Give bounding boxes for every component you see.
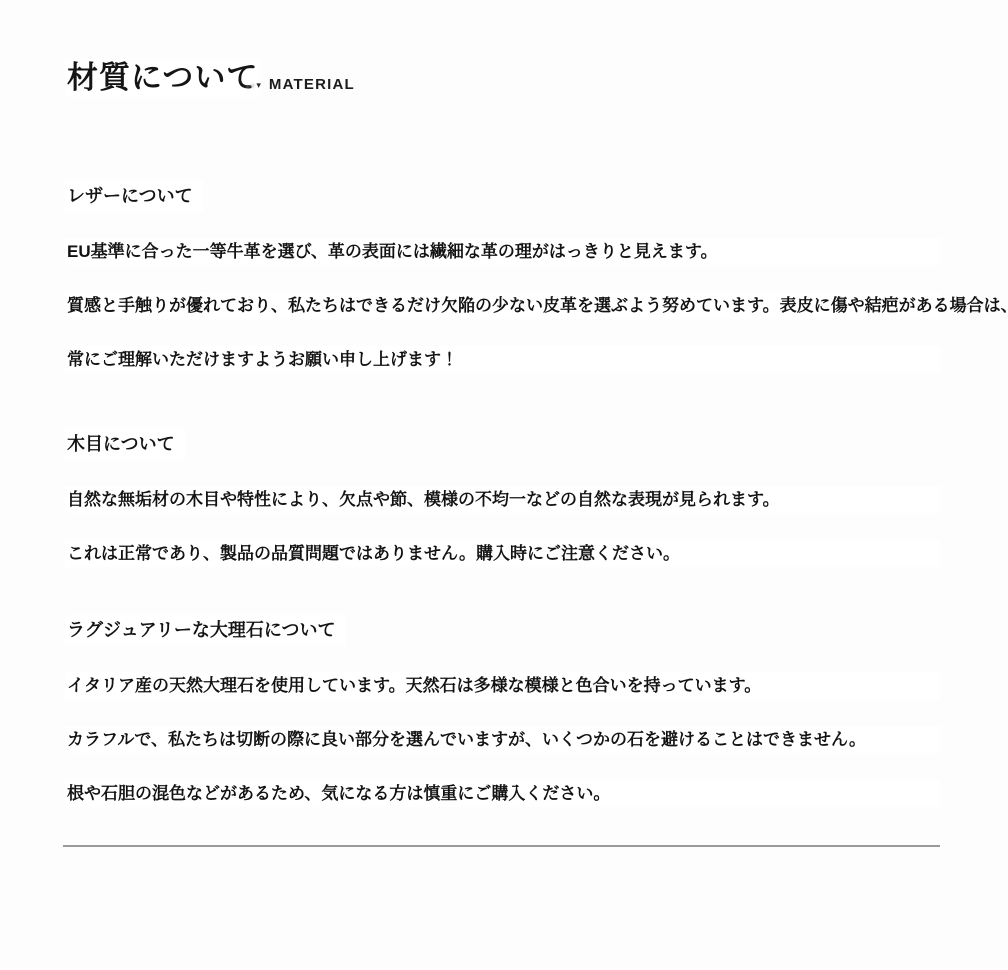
section-wood-grain-paragraph: 自然な無垢材の木目や特性により、欠点や節、模様の不均一などの自然な表現が見られま…	[65, 486, 940, 513]
bottom-divider	[63, 845, 940, 847]
section-wood-grain-heading: 木目について	[65, 429, 185, 459]
page-title-english: MATERIAL	[269, 76, 355, 93]
page-title-row: 材質について ▾ MATERIAL	[65, 55, 1008, 97]
section-marble-paragraph: 根や石胆の混色などがあるため、気になる方は慎重にご購入ください。	[65, 780, 940, 807]
section-leather-paragraph: 常にご理解いただけますようお願い申し上げます！	[65, 346, 940, 373]
section-leather: レザーについて EU基準に合った一等牛革を選び、革の表面には繊細な革の理がはっき…	[65, 181, 1008, 373]
title-decoration-mark: ▾	[256, 80, 261, 91]
section-marble-paragraph: カラフルで、私たちは切断の際に良い部分を選んでいますが、いくつかの石を避けること…	[65, 726, 940, 753]
material-info-content: 材質について ▾ MATERIAL レザーについて EU基準に合った一等牛革を選…	[0, 0, 1008, 807]
page-title: 材質について	[65, 59, 260, 97]
section-marble: ラグジュアリーな大理石について イタリア産の天然大理石を使用しています。天然石は…	[65, 615, 1008, 807]
section-leather-heading: レザーについて	[65, 181, 203, 211]
section-marble-paragraph: イタリア産の天然大理石を使用しています。天然石は多様な模様と色合いを持っています…	[65, 672, 940, 699]
section-wood-grain-paragraph: これは正常であり、製品の品質問題ではありません。購入時にご注意ください。	[65, 540, 940, 567]
material-info-page: 材質について ▾ MATERIAL レザーについて EU基準に合った一等牛革を選…	[0, 0, 1008, 970]
section-wood-grain: 木目について 自然な無垢材の木目や特性により、欠点や節、模様の不均一などの自然な…	[65, 429, 1008, 567]
section-leather-paragraph: EU基準に合った一等牛革を選び、革の表面には繊細な革の理がはっきりと見えます。	[65, 238, 940, 265]
section-leather-paragraph: 質感と手触りが優れており、私たちはできるだけ欠陥の少ない皮革を選ぶよう努めていま…	[65, 292, 940, 319]
section-marble-heading: ラグジュアリーな大理石について	[65, 615, 346, 645]
